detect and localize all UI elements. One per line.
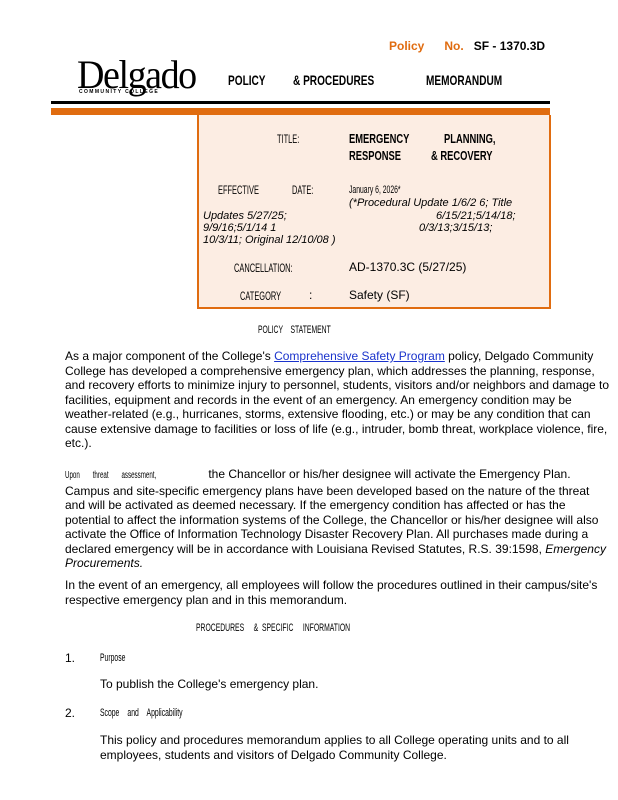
title-line2-a: RESPONSE: [349, 148, 401, 163]
policy-statement-heading: POLICY STATEMENT: [258, 324, 331, 336]
title-line1-b: PLANNING,: [444, 131, 495, 146]
update-line-1: (*Procedural Update 1/6/2 6; Title: [349, 197, 512, 209]
policy-number-value: SF - 1370.3D: [474, 39, 545, 53]
item-1-number: 1.: [65, 651, 75, 665]
update-line-2a: Updates 5/27/25;: [203, 210, 287, 222]
update-line-3a: 9/9/16;5/1/14 1: [203, 222, 276, 234]
policy-paragraph-2: Upon threat assessment, the Chancellor o…: [65, 467, 610, 571]
memo-title-memorandum: MEMORANDUM: [426, 72, 502, 88]
item-2-number: 2.: [65, 706, 75, 720]
cancellation-value: AD-1370.3C (5/27/25): [349, 260, 466, 274]
title-line1-a: EMERGENCY: [349, 131, 409, 146]
p2-lead: Upon threat assessment,: [65, 469, 152, 484]
date-label: DATE:: [292, 183, 313, 197]
item-2-title: Scope and Applicability: [100, 707, 183, 719]
item-2-body: This policy and procedures memorandum ap…: [100, 733, 600, 762]
p1-text-a: As a major component of the College's: [65, 349, 274, 363]
no-label: No.: [444, 39, 463, 53]
memo-title-procedures: & PROCEDURES: [293, 72, 374, 88]
header-rule-orange: [51, 108, 550, 115]
effective-date: January 6, 2026*: [349, 184, 401, 196]
logo-subtitle: COMMUNITY COLLEGE: [79, 89, 159, 95]
cancellation-label: CANCELLATION:: [234, 261, 293, 275]
category-label: CATEGORY: [240, 289, 281, 303]
policy-paragraph-3: In the event of an emergency, all employ…: [65, 578, 610, 607]
title-line2-b: & RECOVERY: [431, 148, 493, 163]
delgado-logo: Delgado COMMUNITY COLLEGE: [77, 56, 201, 98]
item-1-title: Purpose: [100, 652, 125, 664]
comprehensive-safety-program-link[interactable]: Comprehensive Safety Program: [274, 349, 445, 363]
update-line-2b: 6/15/21;5/14/18;: [436, 210, 516, 222]
category-value: Safety (SF): [349, 288, 410, 302]
memo-title-policy: POLICY: [228, 72, 266, 88]
header-rule-black: [51, 101, 550, 104]
item-1-body: To publish the College's emergency plan.: [100, 677, 600, 692]
policy-number: Policy No. SF - 1370.3D: [389, 39, 545, 53]
policy-label: Policy: [389, 39, 424, 53]
effective-label: EFFECTIVE: [218, 183, 259, 197]
policy-paragraph-1: As a major component of the College's Co…: [65, 349, 610, 451]
category-colon: :: [309, 288, 312, 302]
procedures-heading: PROCEDURES & SPECIFIC INFORMATION: [196, 622, 350, 634]
p1-text-b: policy, Delgado Community College has de…: [65, 349, 609, 450]
update-line-3b: 0/3/13;3/15/13;: [419, 222, 492, 234]
update-line-4: 10/3/11; Original 12/10/08 ): [203, 234, 336, 246]
title-label: TITLE:: [277, 132, 299, 146]
